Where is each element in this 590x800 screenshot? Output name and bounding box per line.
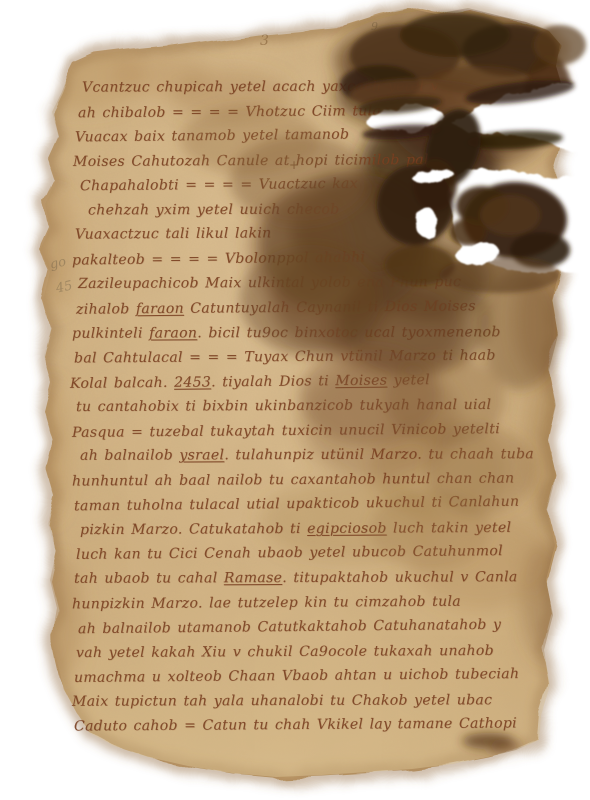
manuscript-line-13: Kolal balcah. 2453. tiyalah Dios ti Mois… xyxy=(70,372,430,392)
manuscript-line-9: Zazileupachicob Maix ulkintal yolob ena … xyxy=(78,274,461,292)
manuscript-line-20: luch kan tu Cici Cenah ubaob yetel ubuco… xyxy=(76,544,503,564)
manuscript-text: 3 9 + Vcantzuc chupicah yetel acach yaxc… xyxy=(0,0,590,800)
manuscript-line-5: Chapahalobti = = = = Vuactzuc kax xyxy=(80,176,358,194)
manuscript-line-12: bal Cahtulacal = = = Tuyax Chun vtünil M… xyxy=(74,348,496,367)
manuscript-line-10: zihalob faraon Catuntuyalah Caynanil ti … xyxy=(76,298,476,317)
manuscript-line-14: tu cantahobix ti bixbin ukinbanzicob tuk… xyxy=(76,397,491,415)
manuscript-photo: 3 9 + Vcantzuc chupicah yetel acach yaxc… xyxy=(0,0,590,800)
manuscript-line-8: pakalteob = = = = Vbolonppol ahabhi xyxy=(72,249,365,268)
manuscript-line-25: umachma u xolteob Chaan Vbaob ahtan u ui… xyxy=(74,666,519,686)
manuscript-line-24: vah yetel kakah Xiu v chukil Ca9ocole tu… xyxy=(76,643,494,661)
manuscript-line-6: chehzah yxim yetel uuich checob xyxy=(88,201,339,218)
margin-note-1: go xyxy=(49,254,68,272)
manuscript-line-18: taman tuholna tulacal utial upakticob uk… xyxy=(74,494,519,515)
manuscript-line-26: Maix tupictun tah yala uhanalobi tu Chak… xyxy=(72,692,492,709)
manuscript-line-4: Moises Cahutozah Canule at hopi ticimilo… xyxy=(73,152,429,170)
manuscript-line-11: pulkinteli faraon. bicil tu9oc binxotoc … xyxy=(72,324,501,341)
manuscript-line-27: Caduto cahob = Catun tu chah Vkikel lay … xyxy=(74,716,517,735)
manuscript-line-2: ah chibalob = = = = Vhotzuc Ciim tulacal… xyxy=(78,102,440,121)
page-number: 3 xyxy=(260,33,269,49)
manuscript-line-16: ah balnailob ysrael. tulahunpiz utünil M… xyxy=(80,446,534,464)
manuscript-line-22: hunpizkin Marzo. lae tutzelep kin tu cim… xyxy=(72,593,461,612)
corner-mark: 9 xyxy=(371,20,378,33)
manuscript-line-17: hunhuntul ah baal nailob tu caxantahob h… xyxy=(72,470,514,489)
manuscript-line-15: Pasqua = tuzebal tukaytah tuxicin unucil… xyxy=(72,421,500,441)
manuscript-line-7: Vuaxactzuc tali likul lakin xyxy=(75,226,272,243)
manuscript-line-23: ah balnailob utamanob Catutkaktahob Catu… xyxy=(78,617,501,637)
margin-note-2: 45 xyxy=(55,278,74,296)
manuscript-line-19: pizkin Marzo. Catukatahob ti egipciosob … xyxy=(80,520,511,538)
manuscript-line-21: tah ubaob tu cahal Ramase. titupaktahob … xyxy=(74,569,518,587)
manuscript-line-3: Vuacax baix tanamob yetel tamanob xyxy=(75,127,349,146)
manuscript-line-1: Vcantzuc chupicah yetel acach yaxcach ye… xyxy=(82,78,439,95)
